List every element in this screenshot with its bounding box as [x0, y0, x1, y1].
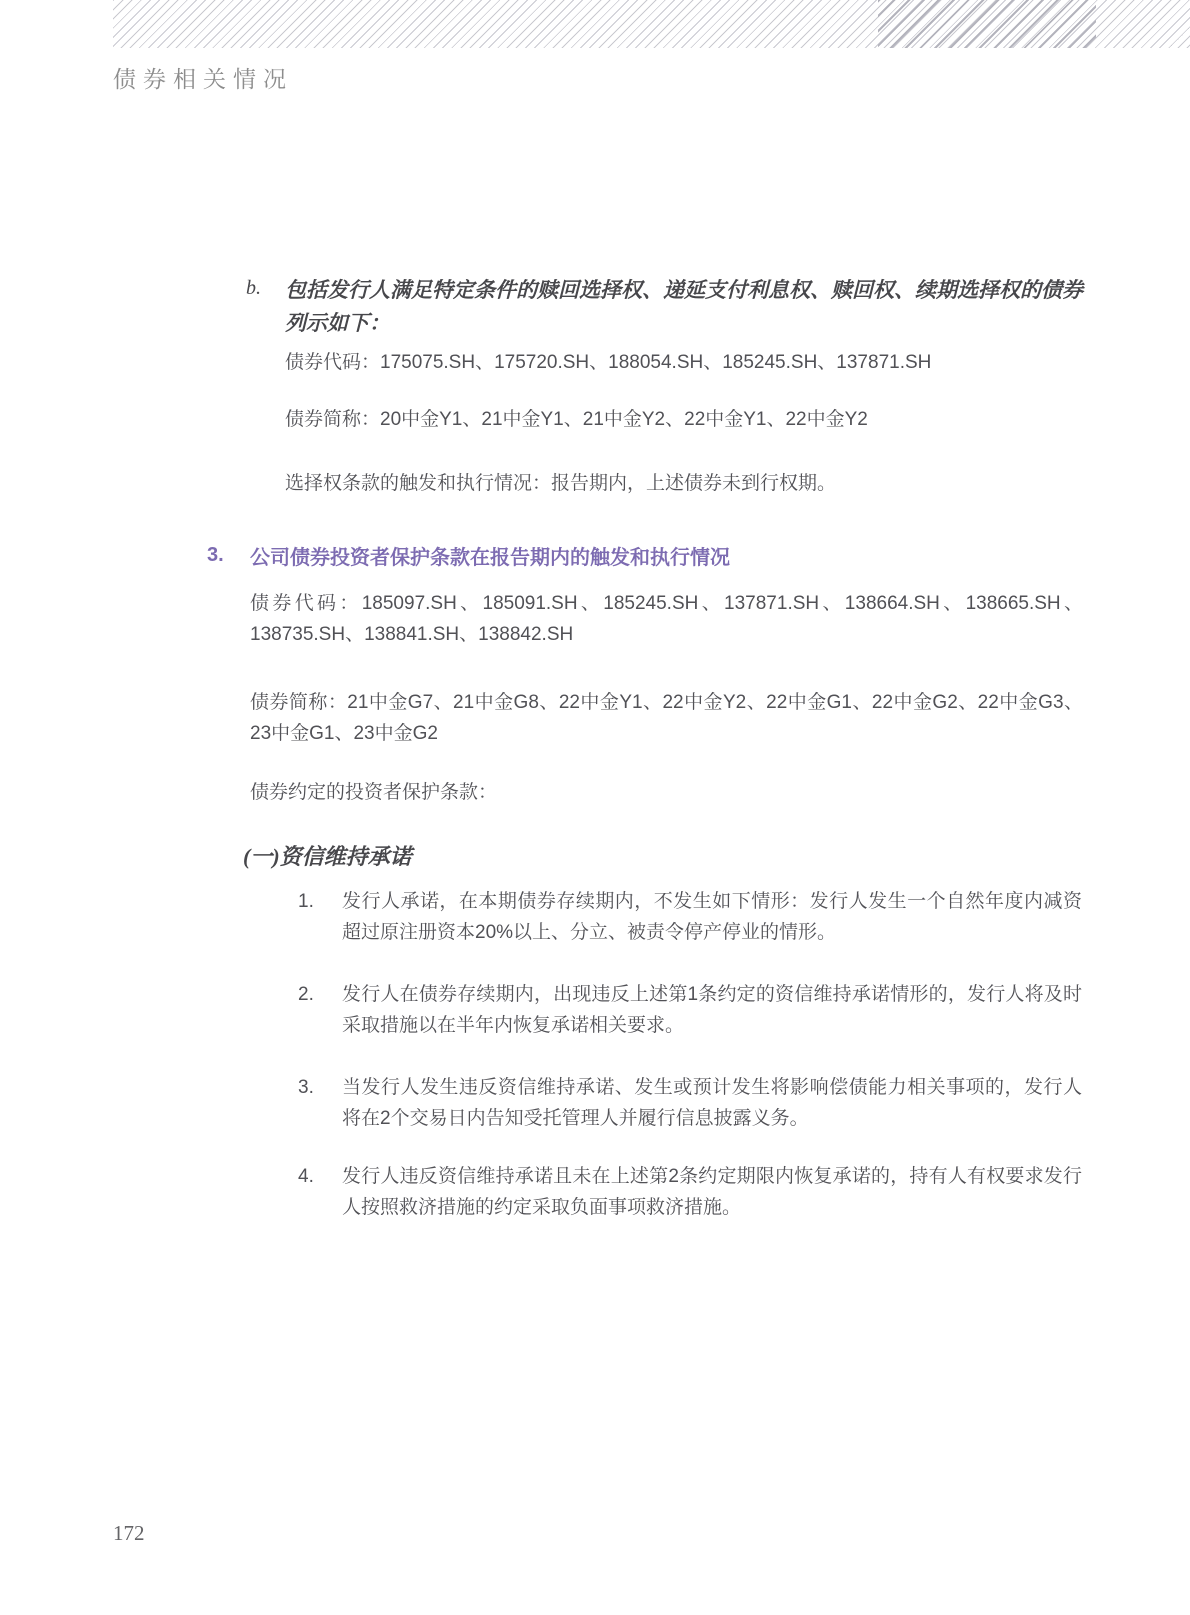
clause-item-4-number: 4. [298, 1161, 314, 1192]
section-3-heading: 3. 公司债券投资者保护条款在报告期内的触发和执行情况 [207, 544, 1087, 572]
clause-item-3: 3. 当发行人发生违反资信维持承诺、发生或预计发生将影响偿债能力相关事项的，发行… [298, 1072, 1082, 1134]
page-number: 172 [113, 1521, 145, 1546]
option-clause-status: 选择权条款的触发和执行情况：报告期内，上述债券未到行权期。 [285, 468, 836, 499]
hatch-pattern-dense-band [878, 0, 1096, 48]
document-page: 债券相关情况 b. 包括发行人满足特定条件的赎回选择权、递延支付利息权、赎回权、… [0, 0, 1190, 1615]
clause-item-3-number: 3. [298, 1072, 314, 1103]
bond-names-b: 债券简称：20中金Y1、21中金Y1、21中金Y2、22中金Y1、22中金Y2 [285, 404, 868, 435]
clause-item-2-text: 发行人在债券存续期内，出现违反上述第1条约定的资信维持承诺情形的，发行人将及时采… [342, 979, 1082, 1041]
section-3-marker: 3. [207, 544, 224, 567]
sub-item-b-heading: 包括发行人满足特定条件的赎回选择权、递延支付利息权、赎回权、续期选择权的债券列示… [285, 274, 1083, 340]
clause-item-1-number: 1. [298, 886, 314, 917]
protection-clauses-intro: 债券约定的投资者保护条款： [250, 777, 497, 808]
clause-item-1: 1. 发行人承诺，在本期债券存续期内，不发生如下情形：发行人发生一个自然年度内减… [298, 886, 1082, 948]
bond-codes-b: 债券代码：175075.SH、175720.SH、188054.SH、18524… [285, 347, 931, 378]
sub-item-b-marker: b. [246, 277, 261, 300]
clause-item-1-text: 发行人承诺，在本期债券存续期内，不发生如下情形：发行人发生一个自然年度内减资超过… [342, 886, 1082, 948]
page-header-title: 债券相关情况 [113, 61, 293, 94]
clause-item-4-text: 发行人违反资信维持承诺且未在上述第2条约定期限内恢复承诺的，持有人有权要求发行人… [342, 1161, 1082, 1223]
subsection-1-title: (一)资信维持承诺 [243, 840, 412, 871]
clause-item-2-number: 2. [298, 979, 314, 1010]
hatch-pattern-banner [113, 0, 1190, 48]
clause-item-3-text: 当发行人发生违反资信维持承诺、发生或预计发生将影响偿债能力相关事项的，发行人将在… [342, 1072, 1082, 1134]
clause-item-4: 4. 发行人违反资信维持承诺且未在上述第2条约定期限内恢复承诺的，持有人有权要求… [298, 1161, 1082, 1223]
clause-item-2: 2. 发行人在债券存续期内，出现违反上述第1条约定的资信维持承诺情形的，发行人将… [298, 979, 1082, 1041]
section-3-bond-codes: 债券代码：185097.SH、185091.SH、185245.SH、13787… [250, 588, 1083, 650]
section-3-title: 公司债券投资者保护条款在报告期内的触发和执行情况 [250, 544, 1087, 572]
section-3-bond-names: 债券简称：21中金G7、21中金G8、22中金Y1、22中金Y2、22中金G1、… [250, 687, 1083, 749]
sub-item-b: b. 包括发行人满足特定条件的赎回选择权、递延支付利息权、赎回权、续期选择权的债… [246, 274, 1083, 340]
